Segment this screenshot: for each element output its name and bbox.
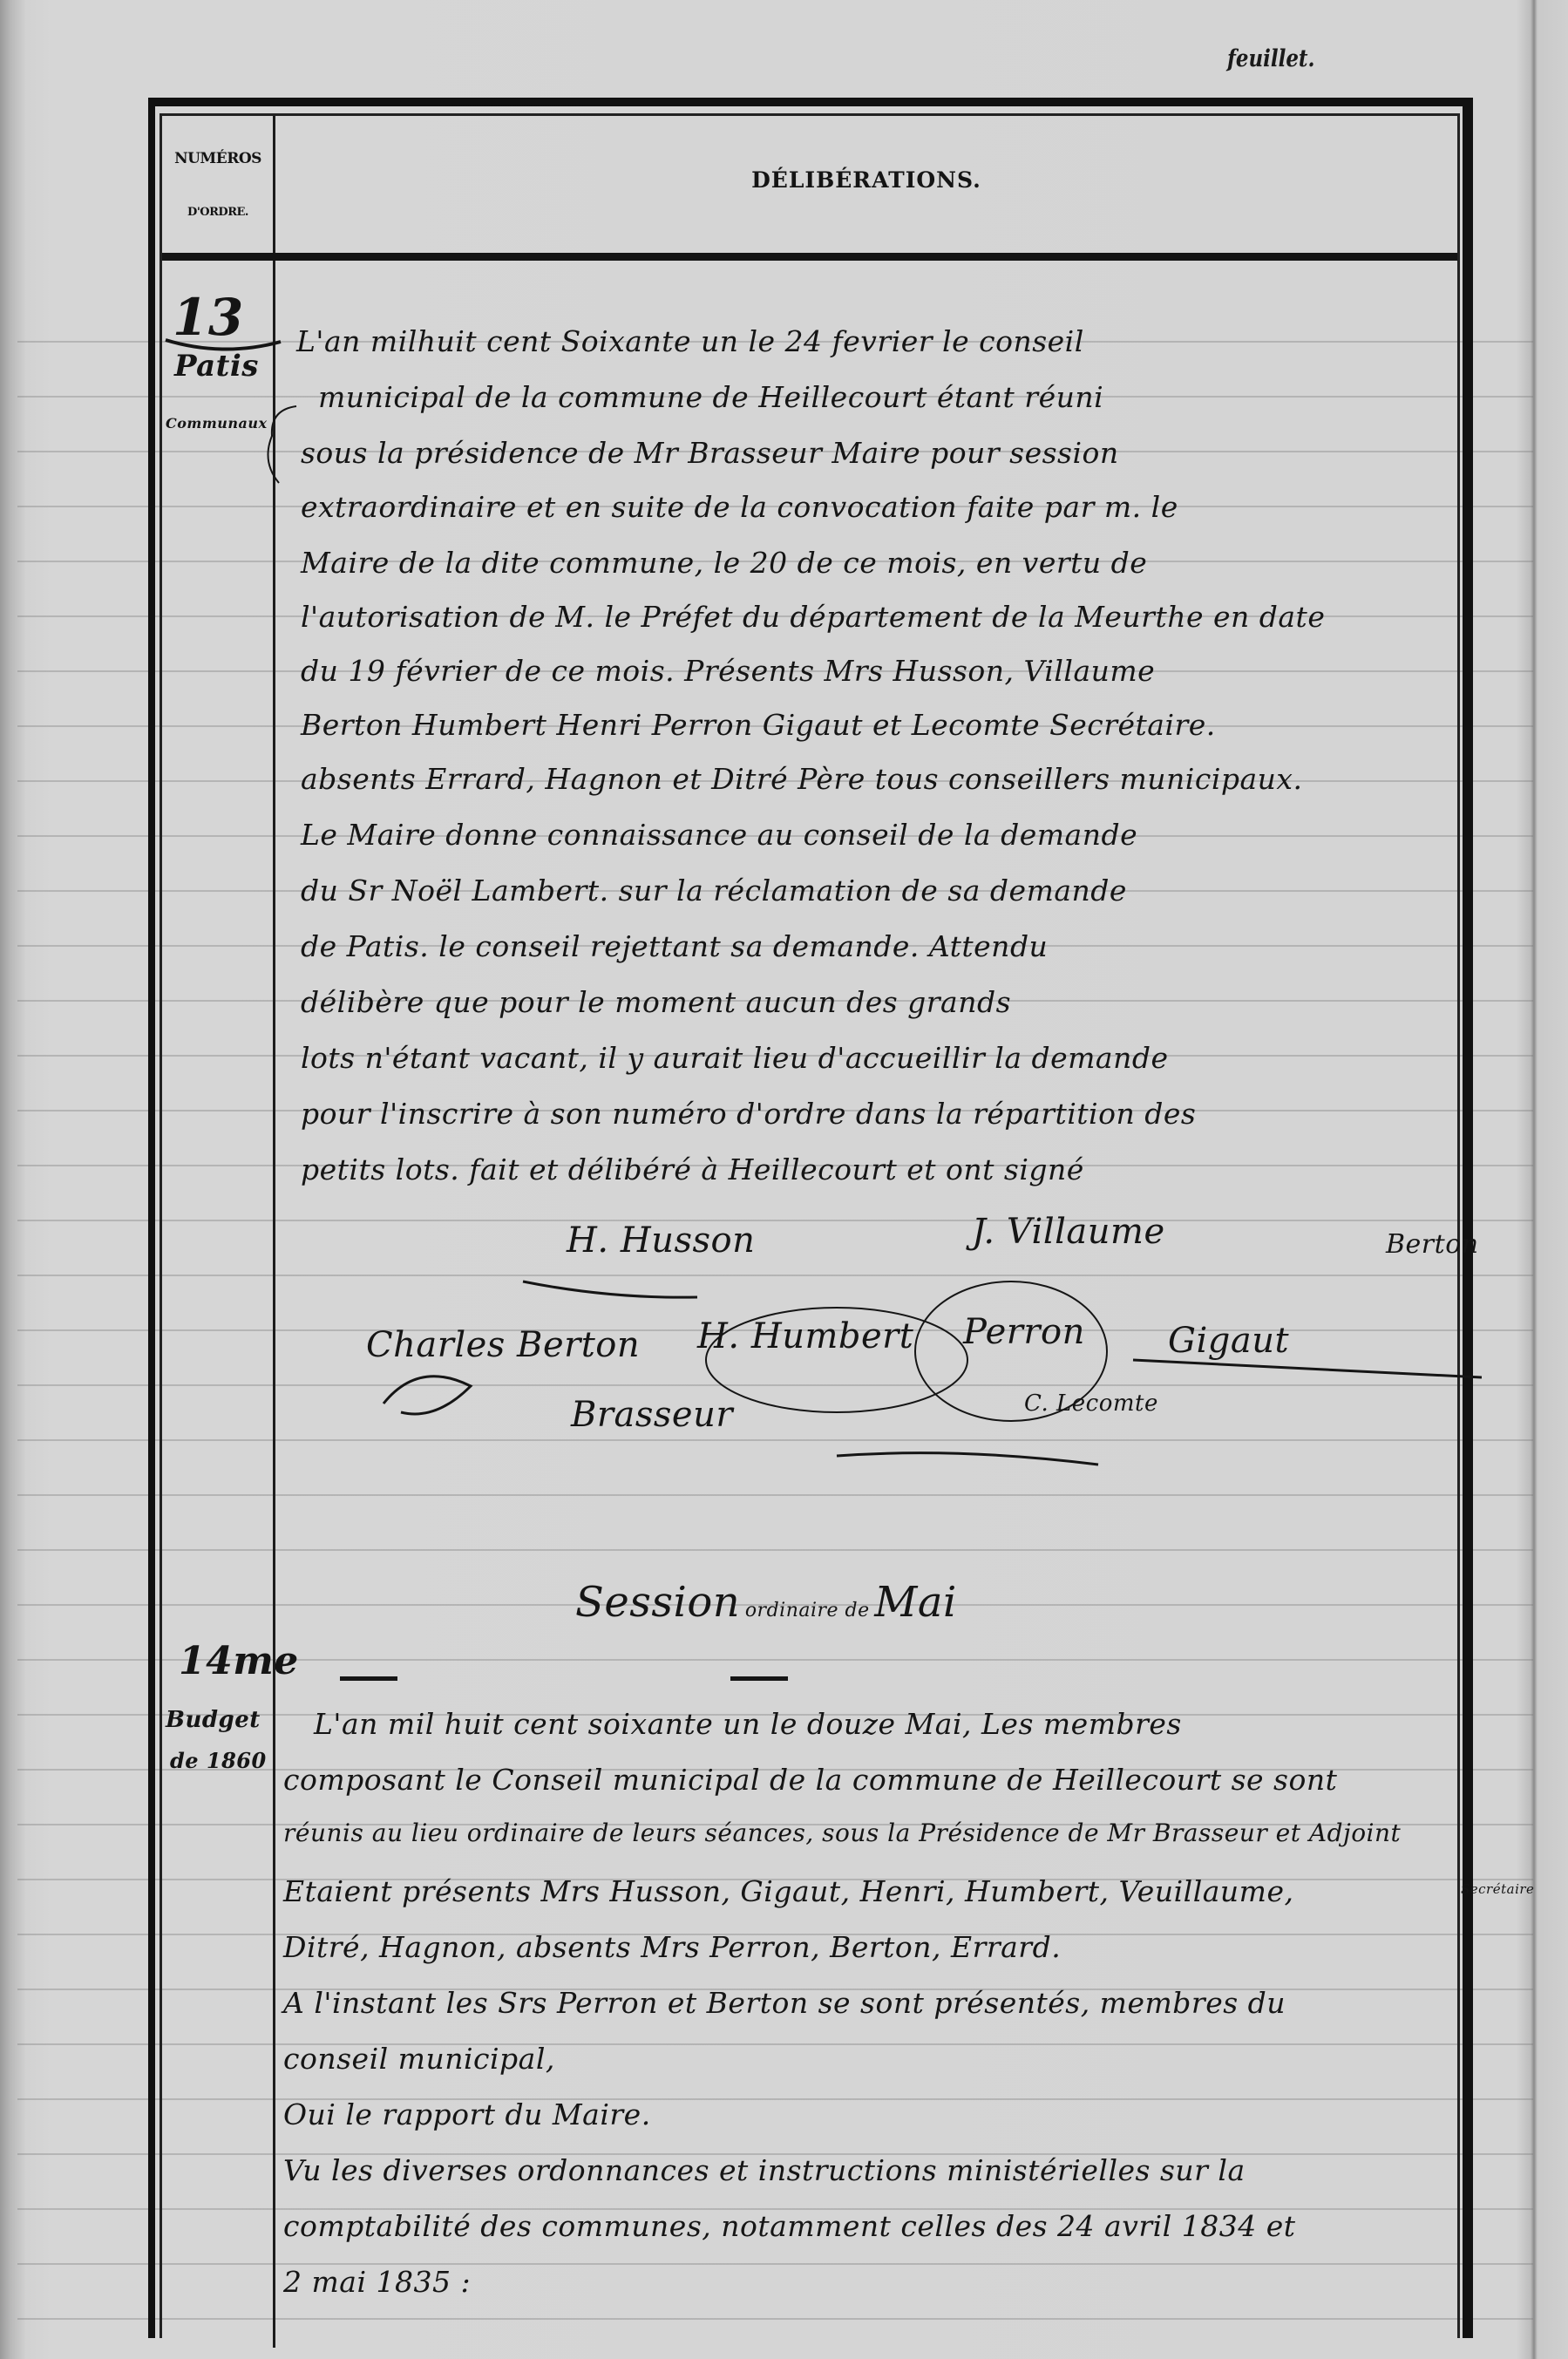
entry-13-line: délibère que pour le moment aucun des gr… — [301, 985, 1011, 1019]
entry-14-line: réunis au lieu ordinaire de leurs séance… — [283, 1819, 1401, 1847]
header-numbers-column: NUMÉROS D'ORDRE. — [164, 150, 272, 219]
entry-13-line: petits lots. fait et délibéré à Heilleco… — [301, 1152, 1084, 1186]
register-page: feuillet. NUMÉROS D'ORDRE. DÉLIBÉRATIONS… — [0, 0, 1568, 2359]
entry-13-line: du Sr Noël Lambert. sur la réclamation d… — [301, 874, 1127, 908]
entry-14-line: Ditré, Hagnon, absents Mrs Perron, Berto… — [283, 1930, 1061, 1964]
entry-14-subject-line1: Budget — [166, 1707, 261, 1733]
entry-13-line: Le Maire donne connaissance au conseil d… — [301, 818, 1137, 852]
entry-13-subject-line1: Patis — [174, 349, 259, 384]
entry-14-line: comptabilité des communes, notamment cel… — [283, 2209, 1296, 2243]
entry-13-line: du 19 février de ce mois. Présents Mrs H… — [301, 654, 1155, 688]
session-heading: Session ordinaire de Mai — [575, 1578, 957, 1627]
entry-13-line: pour l'inscrire à son numéro d'ordre dan… — [301, 1097, 1196, 1131]
session-title-month: Mai — [874, 1578, 957, 1627]
session-title-main: Session — [575, 1578, 740, 1627]
entry-13-line: absents Errard, Hagnon et Ditré Père tou… — [301, 762, 1303, 796]
entry-14-line: Vu les diverses ordonnances et instructi… — [283, 2153, 1246, 2187]
entry-14-line: conseil municipal, — [283, 2042, 555, 2076]
header-numbers-line2: D'ORDRE. — [164, 206, 272, 219]
entry-13-line: Maire de la dite commune, le 20 de ce mo… — [301, 546, 1147, 580]
entry-14-subject-line2: de 1860 — [170, 1748, 267, 1773]
entry-14-line: composant le Conseil municipal de la com… — [283, 1763, 1337, 1797]
entry-13-line: Berton Humbert Henri Perron Gigaut et Le… — [301, 708, 1216, 742]
signature: J. Villaume — [972, 1212, 1165, 1252]
entry-14-line: 2 mai 1835 : — [283, 2265, 471, 2299]
feuillet-label: feuillet. — [1227, 45, 1315, 72]
right-margin-note: Secrétaire — [1461, 1881, 1534, 1897]
signature-flourishes — [349, 1255, 1482, 1491]
entry-13-line: de Patis. le conseil rejettant sa demand… — [301, 929, 1048, 963]
entry-14-line: Etaient présents Mrs Husson, Gigaut, Hen… — [283, 1874, 1294, 1908]
session-title-small: ordinaire de — [745, 1600, 870, 1621]
entry-13-line: l'autorisation de M. le Préfet du départ… — [301, 600, 1325, 634]
header-deliberations-title: DÉLIBÉRATIONS. — [275, 167, 1457, 193]
entry-14-number: 14me — [179, 1639, 299, 1683]
bracket-flourish — [253, 401, 305, 488]
session-underline-left — [340, 1676, 397, 1681]
entry-14-line: A l'instant les Srs Perron et Berton se … — [283, 1986, 1286, 2020]
session-underline — [730, 1676, 788, 1681]
entry-13-line: extraordinaire et en suite de la convoca… — [301, 490, 1178, 524]
entry-13-line: lots n'étant vacant, il y aurait lieu d'… — [301, 1041, 1169, 1075]
header-numbers-line1: NUMÉROS — [174, 150, 261, 167]
header-rule — [162, 253, 1457, 261]
entry-13-line: sous la présidence de Mr Brasseur Maire … — [301, 436, 1119, 470]
entry-13-line: municipal de la commune de Heillecourt é… — [318, 380, 1103, 414]
entry-13-line: L'an milhuit cent Soixante un le 24 fevr… — [296, 324, 1084, 358]
entry-14-line: Oui le rapport du Maire. — [283, 2097, 651, 2131]
entry-14-line: L'an mil huit cent soixante un le douze … — [314, 1707, 1182, 1741]
